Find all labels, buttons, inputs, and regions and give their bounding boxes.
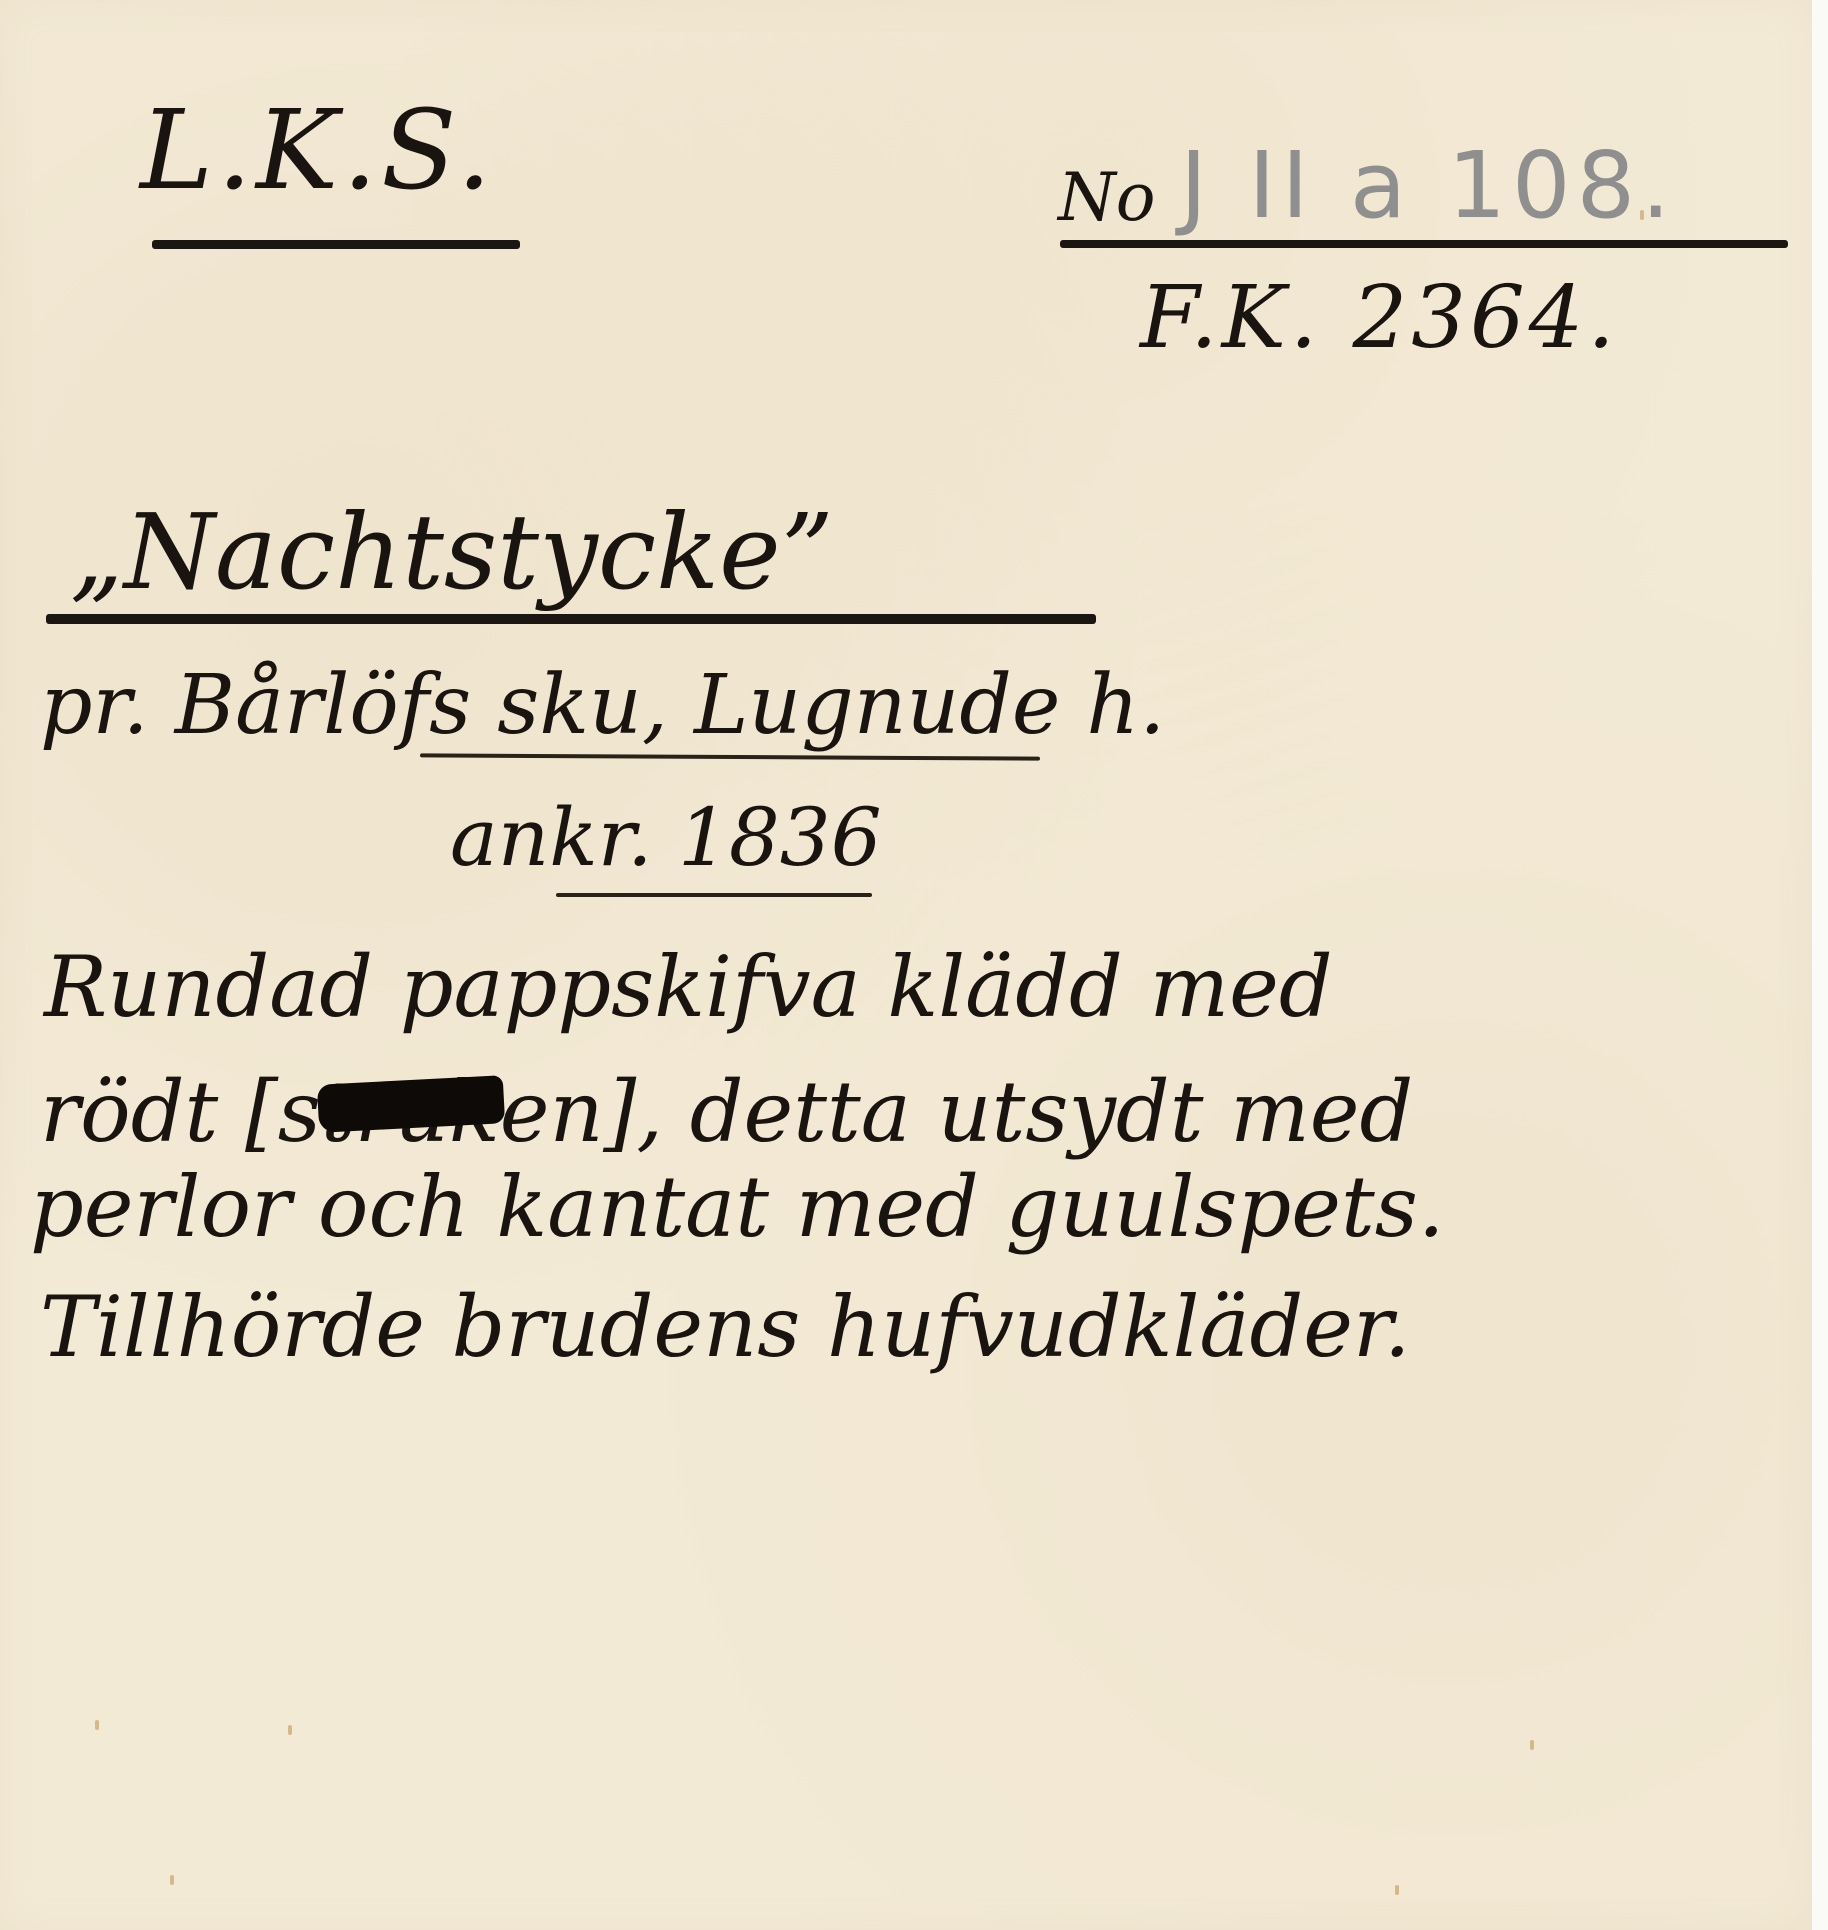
ink-blot-struck-word <box>317 1075 505 1133</box>
paper-speck <box>1640 210 1644 220</box>
fk-number: F.K. 2364. <box>1140 275 1619 361</box>
scan-edge <box>1812 0 1828 1930</box>
description-line-1: Rundad pappskifva klädd med <box>44 945 1333 1029</box>
header-right-underline <box>1060 240 1788 248</box>
number-prefix: No <box>1058 165 1156 231</box>
provenance-line: pr. Bårlöfs sku, Lugnude h. <box>40 665 1165 747</box>
archive-catalog-card: L.K.S. No J II a 108. F.K. 2364. „Nachts… <box>0 0 1815 1930</box>
paper-speck <box>170 1875 174 1885</box>
paper-speck <box>288 1725 292 1735</box>
header-left-underline <box>152 240 520 249</box>
collection-abbreviation: L.K.S. <box>140 95 496 205</box>
description-line-4: Tillhörde brudens hufvudkläder. <box>40 1285 1411 1369</box>
object-title: „Nachtstycke” <box>70 500 834 604</box>
title-underline <box>46 614 1096 624</box>
paper-speck <box>1530 1740 1534 1750</box>
catalog-number: J II a 108. <box>1180 140 1676 232</box>
paper-speck <box>95 1720 99 1730</box>
description-line-3: perlor och kantat med guulspets. <box>30 1165 1445 1249</box>
acquisition-underline <box>556 893 872 897</box>
description-line-2: rödt [struken], detta utsydt med <box>40 1070 1413 1154</box>
acquisition-line: ankr. 1836 <box>450 798 882 878</box>
provenance-underline <box>420 753 1040 760</box>
paper-speck <box>1395 1885 1399 1895</box>
